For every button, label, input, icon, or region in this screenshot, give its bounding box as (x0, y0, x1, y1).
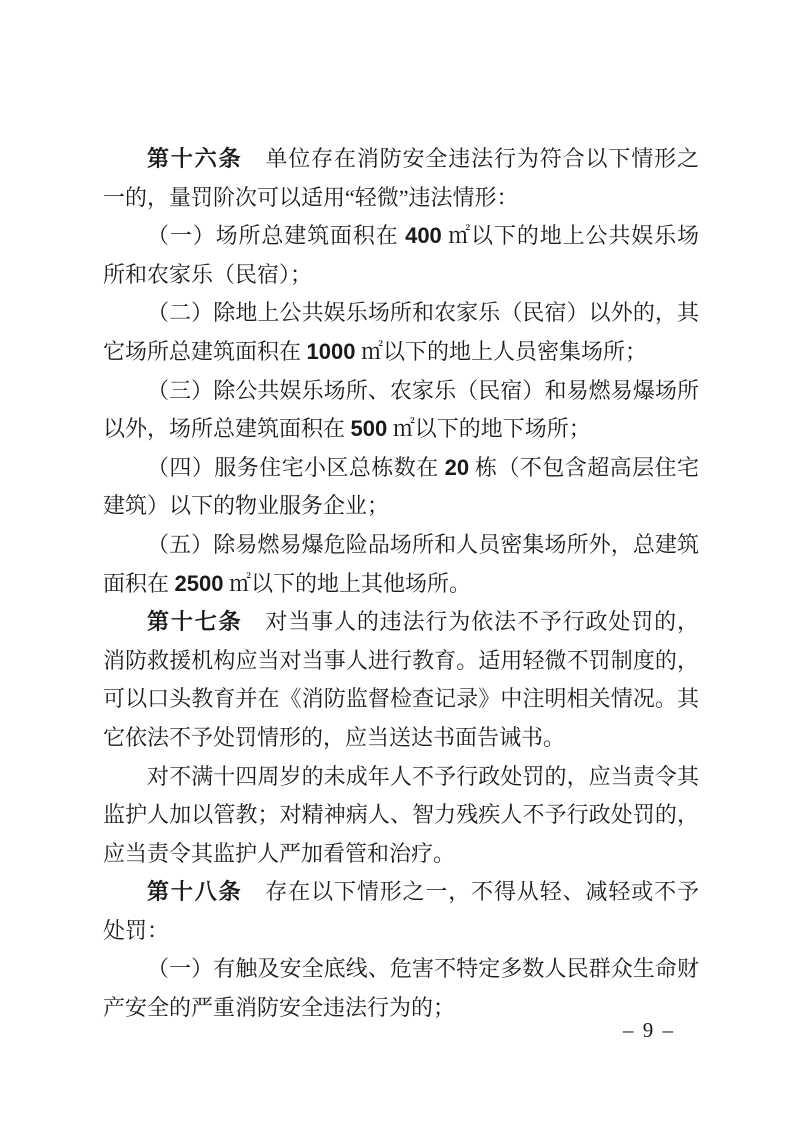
paragraph: 第十六条 单位存在消防安全违法行为符合以下情形之一的，量罚阶次可以适用“轻微”违… (103, 140, 699, 217)
text-run: 对不满十四周岁的未成年人不予行政处罚的，应当责令其监护人加以管教；对精神病人、智… (103, 764, 699, 866)
paragraph: （五）除易燃易爆危险品场所和人员密集场所外，总建筑面积在 2500 ㎡以下的地上… (103, 526, 699, 603)
paragraph: （四）服务住宅小区总栋数在 20 栋（不包含超高层住宅建筑）以下的物业服务企业； (103, 449, 699, 526)
paragraph: （二）除地上公共娱乐场所和农家乐（民宿）以外的，其它场所总建筑面积在 1000 … (103, 294, 699, 371)
article-heading: 第十七条 (147, 609, 242, 634)
numeric-value: 400 (405, 223, 442, 248)
page-footer: – 9 – (623, 1018, 675, 1043)
text-run: ㎡以下的地上人员密集场所； (355, 339, 647, 364)
paragraph: （三）除公共娱乐场所、农家乐（民宿）和易燃易爆场所以外，场所总建筑面积在 500… (103, 372, 699, 449)
paragraph: 对不满十四周岁的未成年人不予行政处罚的，应当责令其监护人加以管教；对精神病人、智… (103, 758, 699, 874)
text-run: （一）有触及安全底线、危害不特定多数人民群众生命财产安全的严重消防安全违法行为的… (103, 956, 699, 1020)
page-number: – 9 – (623, 1018, 675, 1042)
text-run: （一）场所总建筑面积在 (147, 223, 405, 248)
article-heading: 第十六条 (147, 146, 242, 171)
text-run: ㎡以下的地上其他场所。 (223, 571, 471, 596)
numeric-value: 1000 (307, 339, 356, 364)
paragraph: （一）场所总建筑面积在 400 ㎡以下的地上公共娱乐场所和农家乐（民宿）； (103, 217, 699, 294)
document-body: 第十六条 单位存在消防安全违法行为符合以下情形之一的，量罚阶次可以适用“轻微”违… (103, 140, 699, 1028)
numeric-value: 2500 (175, 571, 224, 596)
paragraph: （一）有触及安全底线、危害不特定多数人民群众生命财产安全的严重消防安全违法行为的… (103, 950, 699, 1027)
paragraph: 第十八条 存在以下情形之一，不得从轻、减轻或不予处罚： (103, 873, 699, 950)
text-run: （四）服务住宅小区总栋数在 (147, 455, 445, 480)
numeric-value: 500 (351, 416, 388, 441)
paragraph: 第十七条 对当事人的违法行为依法不予行政处罚的，消防救援机构应当对当事人进行教育… (103, 603, 699, 757)
numeric-value: 20 (445, 455, 469, 480)
article-heading: 第十八条 (147, 879, 242, 904)
text-run: ㎡以下的地下场所； (387, 416, 591, 441)
document-page: 第十六条 单位存在消防安全违法行为符合以下情形之一的，量罚阶次可以适用“轻微”违… (0, 0, 793, 1122)
